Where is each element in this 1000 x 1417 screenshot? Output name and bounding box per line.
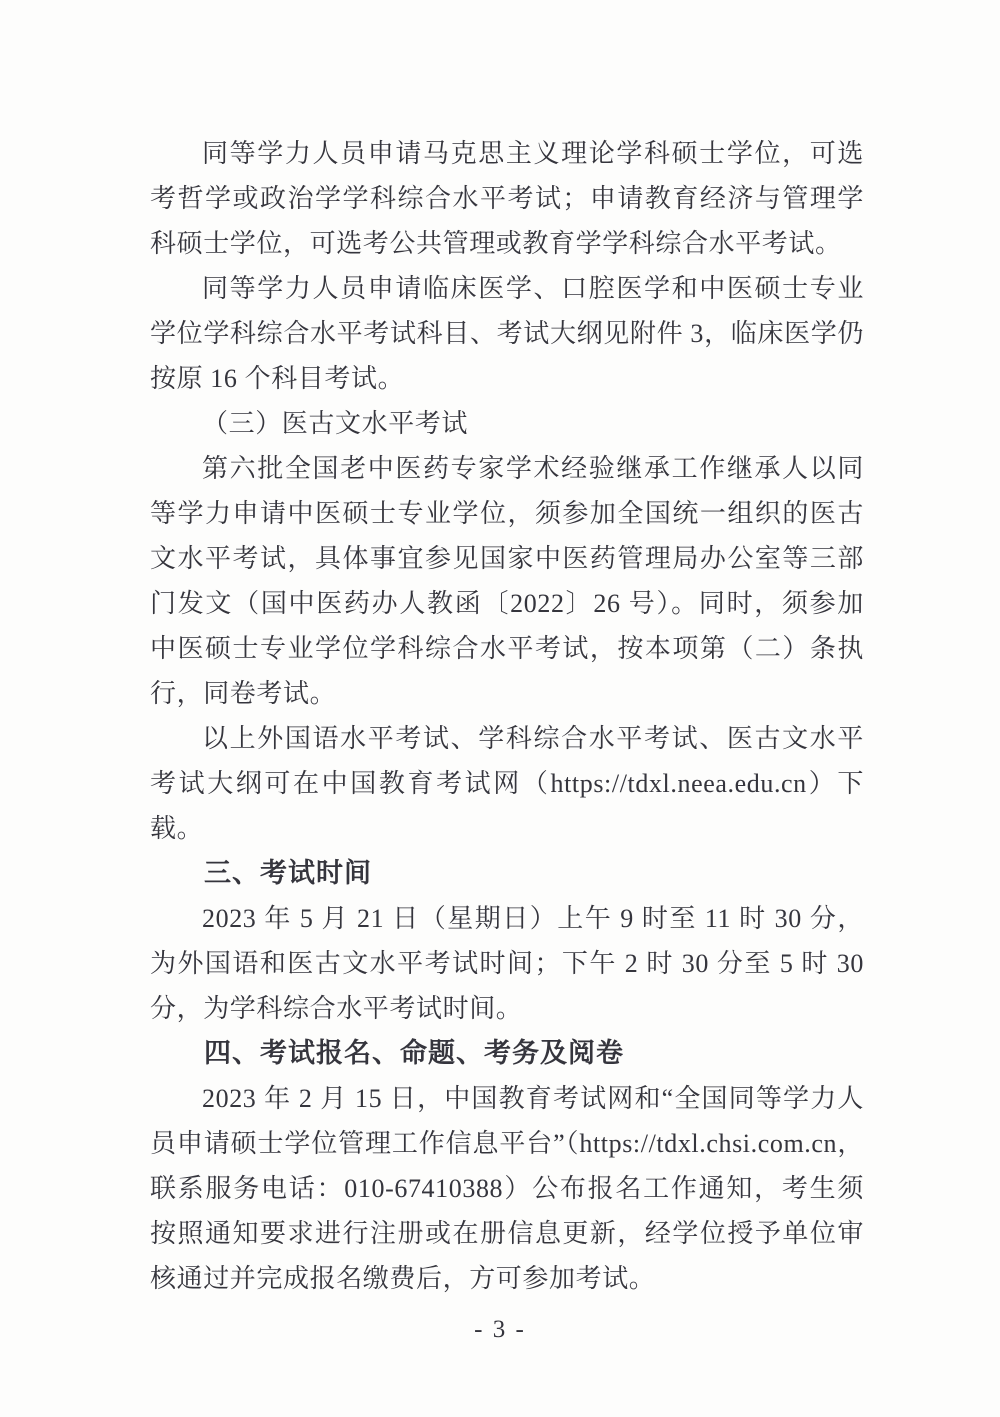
paragraph-syllabus-download-note: 以上外国语水平考试、学科综合水平考试、医古文水平考试大纲可在中国教育考试网（ht… <box>150 716 864 851</box>
document-page: 同等学力人员申请马克思主义理论学科硕士学位，可选考哲学或政治学学科综合水平考试；… <box>0 0 1000 1417</box>
paragraph-yiguwen-exam-detail: 第六批全国老中医药专家学术经验继承工作继承人以同等学力申请中医硕士专业学位，须参… <box>150 446 864 716</box>
heading-exam-time: 三、考试时间 <box>150 851 864 896</box>
page-number: - 3 - <box>0 1307 1000 1352</box>
subheading-yiguwen-exam: （三）医古文水平考试 <box>150 401 864 446</box>
heading-registration-and-grading: 四、考试报名、命题、考务及阅卷 <box>150 1031 864 1076</box>
paragraph-exam-time-detail: 2023 年 5 月 21 日（星期日）上午 9 时至 11 时 30 分，为外… <box>150 896 864 1031</box>
paragraph-clinical-medicine-subjects: 同等学力人员申请临床医学、口腔医学和中医硕士专业学位学科综合水平考试科目、考试大… <box>150 266 864 401</box>
document-body: 同等学力人员申请马克思主义理论学科硕士学位，可选考哲学或政治学学科综合水平考试；… <box>150 131 864 1301</box>
paragraph-marxism-exam-options: 同等学力人员申请马克思主义理论学科硕士学位，可选考哲学或政治学学科综合水平考试；… <box>150 131 864 266</box>
paragraph-registration-detail: 2023 年 2 月 15 日，中国教育考试网和“全国同等学力人员申请硕士学位管… <box>150 1076 864 1301</box>
